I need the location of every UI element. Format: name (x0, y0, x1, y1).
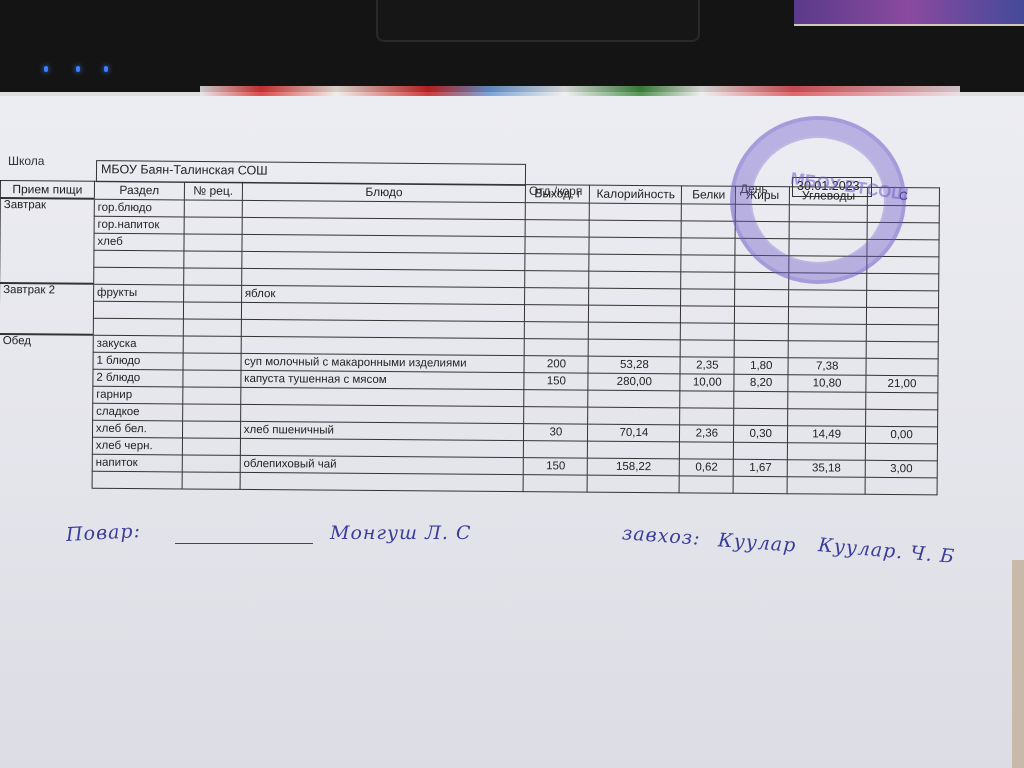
cell-recipe (183, 267, 241, 284)
cell-c (865, 443, 937, 461)
cell-protein (682, 203, 736, 220)
cell-section (94, 267, 184, 285)
cell-dish (242, 200, 526, 219)
cell-fat (734, 408, 788, 425)
cell-c (866, 358, 938, 376)
cell-protein: 10,00 (680, 373, 734, 390)
cell-kcal (589, 237, 681, 255)
cell-kcal (589, 322, 681, 340)
cell-recipe (184, 250, 242, 267)
cell-protein (681, 288, 735, 305)
cell-recipe (183, 386, 241, 403)
cell-yield (524, 406, 588, 424)
meal-name: Завтрак 2 (0, 283, 94, 335)
cell-fat (735, 306, 789, 323)
cell-section: напиток (92, 454, 182, 472)
cell-fat (734, 340, 788, 357)
cell-c (866, 307, 938, 325)
cell-fat: 1,67 (733, 459, 787, 476)
laptop-body (0, 0, 1024, 92)
cell-carbs: 10,80 (788, 374, 866, 392)
cell-recipe (182, 420, 240, 437)
cell-kcal (589, 254, 681, 272)
cell-c (866, 392, 938, 410)
cell-kcal (588, 407, 680, 425)
cell-recipe (182, 437, 240, 454)
column-header: Белки (682, 186, 736, 204)
cell-recipe (182, 471, 240, 488)
cell-yield (525, 304, 589, 322)
cell-c (867, 290, 939, 308)
cell-protein: 2,35 (680, 356, 734, 373)
cell-yield (525, 338, 589, 356)
cell-protein (679, 475, 733, 492)
cell-c (866, 341, 938, 359)
cell-yield (524, 440, 588, 458)
paper-edge (1012, 560, 1024, 768)
cell-c: 21,00 (866, 375, 938, 393)
cell-fat: 1,80 (734, 357, 788, 374)
cell-carbs (787, 476, 865, 494)
cell-carbs (788, 323, 866, 341)
cell-kcal (587, 475, 679, 493)
cell-section: гор.напиток (94, 216, 184, 234)
cell-c: 3,00 (865, 460, 937, 478)
cell-yield (525, 321, 589, 339)
cell-protein (681, 305, 735, 322)
cell-recipe (182, 403, 240, 420)
cell-yield: 200 (524, 355, 588, 373)
cell-kcal (589, 288, 681, 306)
cell-dish (242, 234, 526, 253)
cell-kcal (588, 390, 680, 408)
cell-section: 2 блюдо (93, 369, 183, 387)
cell-c (865, 477, 937, 495)
cell-recipe (184, 233, 242, 250)
cell-section (93, 318, 183, 336)
cell-c (866, 409, 938, 427)
cell-fat (734, 442, 788, 459)
cell-yield (526, 202, 590, 220)
cell-section (92, 471, 182, 489)
school-label: Школа (8, 154, 44, 168)
cell-protein (681, 271, 735, 288)
meal-name: Завтрак (0, 198, 94, 284)
cell-kcal: 158,22 (588, 458, 680, 476)
cell-dish (242, 217, 526, 236)
cell-section: сладкое (93, 403, 183, 421)
cell-protein (681, 322, 735, 339)
cell-kcal (589, 339, 681, 357)
cell-kcal (588, 441, 680, 459)
meal-name: Обед (0, 334, 93, 488)
cell-yield (524, 474, 588, 492)
cell-section (94, 250, 184, 268)
column-header: Раздел (94, 181, 184, 199)
cell-protein (680, 339, 734, 356)
cell-yield (524, 389, 588, 407)
column-header: Выход, г (526, 185, 590, 203)
cell-section (93, 301, 183, 319)
cell-kcal (589, 220, 681, 238)
cell-protein (681, 254, 735, 271)
column-header: Калорийность (590, 185, 682, 203)
cell-protein: 2,36 (680, 424, 734, 441)
cell-recipe (184, 199, 242, 216)
cell-c (867, 273, 939, 291)
cell-carbs: 14,49 (788, 425, 866, 443)
cell-yield: 150 (524, 457, 588, 475)
cell-section: хлеб (94, 233, 184, 251)
cell-carbs (788, 340, 866, 358)
cell-kcal (589, 305, 681, 323)
status-led-icon (76, 66, 80, 72)
cell-c (866, 324, 938, 342)
cell-recipe (183, 301, 241, 318)
cell-yield: 30 (524, 423, 588, 441)
cell-protein (681, 237, 735, 254)
cell-carbs (789, 289, 867, 307)
cell-carbs (789, 306, 867, 324)
cell-fat (733, 476, 787, 493)
cell-protein: 0,62 (680, 458, 734, 475)
cell-yield (525, 253, 589, 271)
status-led-icon (44, 66, 48, 72)
cell-yield: 150 (524, 372, 588, 390)
status-led-icon (104, 66, 108, 72)
cell-kcal (589, 271, 681, 289)
cell-carbs (788, 408, 866, 426)
laptop-touchpad (376, 0, 700, 42)
cell-carbs (788, 442, 866, 460)
cell-recipe (183, 352, 241, 369)
cell-fat (734, 391, 788, 408)
column-header: Блюдо (242, 182, 526, 202)
cell-carbs (788, 391, 866, 409)
cell-section: гарнир (93, 386, 183, 404)
cook-label: Повар: (65, 520, 141, 546)
cell-yield (525, 236, 589, 254)
cell-recipe (183, 318, 241, 335)
cell-yield (526, 219, 590, 237)
cell-kcal: 280,00 (588, 373, 680, 391)
cell-section: фрукты (93, 284, 183, 302)
cell-fat: 0,30 (734, 425, 788, 442)
cell-protein (680, 441, 734, 458)
cook-signature-line (175, 543, 313, 544)
cell-kcal (590, 203, 682, 221)
column-header: № рец. (184, 182, 242, 200)
cell-section: гор.блюдо (94, 199, 184, 217)
cell-dish (240, 472, 524, 491)
cell-recipe (183, 284, 241, 301)
cell-yield (525, 270, 589, 288)
cell-carbs: 7,38 (788, 357, 866, 375)
cell-c: 0,00 (866, 426, 938, 444)
cell-kcal: 70,14 (588, 424, 680, 442)
cell-recipe (183, 369, 241, 386)
cell-section: хлеб черн. (92, 437, 182, 455)
cell-yield (525, 287, 589, 305)
cell-fat (735, 323, 789, 340)
cell-fat (735, 289, 789, 306)
cell-recipe (182, 454, 240, 471)
cell-recipe (184, 216, 242, 233)
cell-protein (680, 390, 734, 407)
cook-name: Монгуш Л. С (330, 522, 472, 544)
cell-protein (680, 407, 734, 424)
cell-kcal: 53,28 (588, 356, 680, 374)
laptop-sticker (794, 0, 1024, 26)
column-header: Прием пищи (0, 181, 94, 199)
cell-section: хлеб бел. (92, 420, 182, 438)
cell-section: 1 блюдо (93, 352, 183, 370)
cell-section: закуска (93, 335, 183, 353)
cell-fat: 8,20 (734, 374, 788, 391)
cell-protein (681, 220, 735, 237)
cell-carbs: 35,18 (787, 459, 865, 477)
cell-recipe (183, 335, 241, 352)
